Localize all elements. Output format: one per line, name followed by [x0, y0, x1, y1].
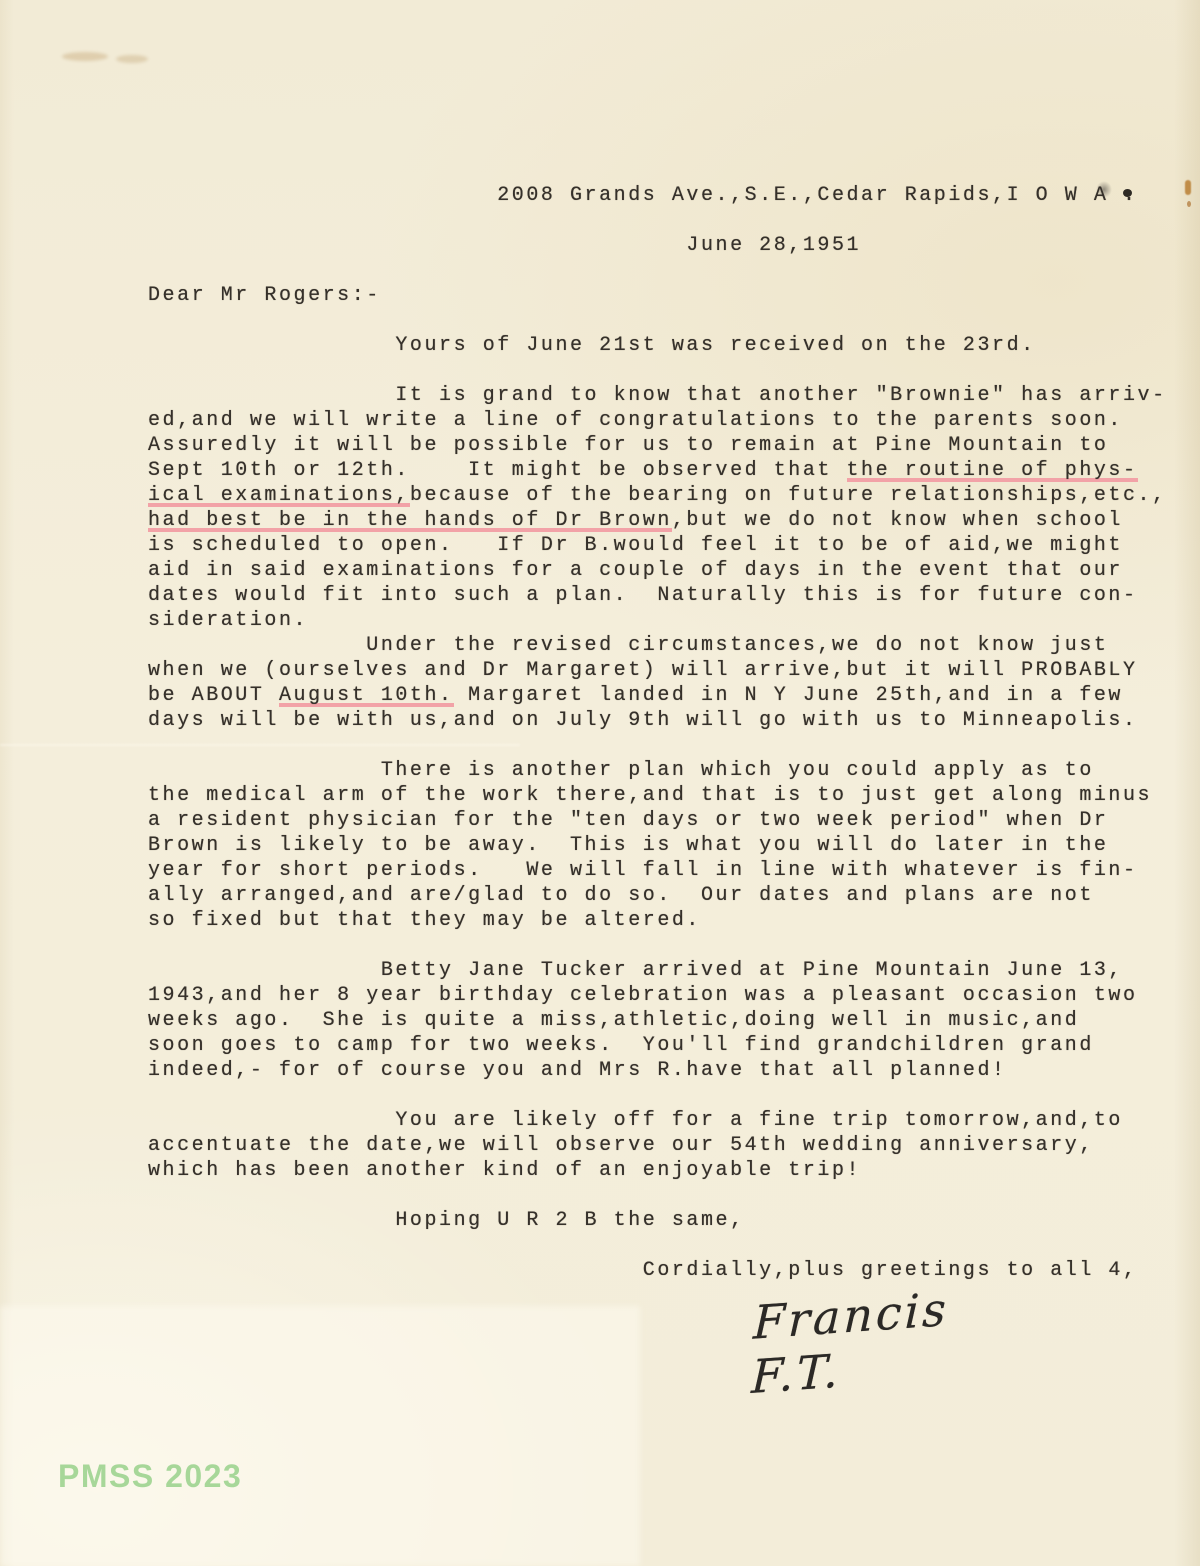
body-line: Yours of June 21st was received on the 2… [148, 333, 1200, 358]
body-line: a resident physician for the "ten days o… [148, 808, 1200, 833]
blank [148, 1233, 1200, 1258]
body-line: when we (ourselves and Dr Margaret) will… [148, 658, 1200, 683]
body-line: 1943,and her 8 year birthday celebration… [148, 983, 1200, 1008]
body-line: sideration. [148, 608, 1200, 633]
body-line: days will be with us,and on July 9th wil… [148, 708, 1200, 733]
date-line: June 28,1951 [148, 233, 1200, 258]
blank [148, 358, 1200, 383]
blank [148, 1183, 1200, 1208]
body-line: Under the revised circumstances,we do no… [148, 633, 1200, 658]
body-line: had best be in the hands of Dr Brown,but… [148, 508, 1200, 533]
body-line: ed,and we will write a line of congratul… [148, 408, 1200, 433]
body-line: Assuredly it will be possible for us to … [148, 433, 1200, 458]
body-line: weeks ago. She is quite a miss,athletic,… [148, 1008, 1200, 1033]
body-line: dates would fit into such a plan. Natura… [148, 583, 1200, 608]
body-line: year for short periods. We will fall in … [148, 858, 1200, 883]
body-line: There is another plan which you could ap… [148, 758, 1200, 783]
blank [148, 308, 1200, 333]
body-line: which has been another kind of an enjoya… [148, 1158, 1200, 1183]
body-line: Sept 10th or 12th. It might be observed … [148, 458, 1200, 483]
blank [148, 733, 1200, 758]
blank [148, 258, 1200, 283]
body-line: the medical arm of the work there,and th… [148, 783, 1200, 808]
return-address: 2008 Grands Ave.,S.E.,Cedar Rapids,I O W… [148, 183, 1200, 208]
scanned-letter-page: { "page": { "colors": { "paper": "#f4eed… [0, 0, 1200, 1566]
letter-lines: 2008 Grands Ave.,S.E.,Cedar Rapids,I O W… [0, 0, 1200, 1283]
blank [148, 1083, 1200, 1108]
paper-light-patch [0, 1306, 640, 1566]
body-line: ally arranged,and are/glad to do so. Our… [148, 883, 1200, 908]
salutation: Dear Mr Rogers:- [148, 283, 1200, 308]
body-line: Brown is likely to be away. This is what… [148, 833, 1200, 858]
body-line: be ABOUT August 10th. Margaret landed in… [148, 683, 1200, 708]
archive-watermark: PMSS 2023 [58, 1458, 242, 1495]
body-line: ical examinations,because of the bearing… [148, 483, 1200, 508]
body-line: Betty Jane Tucker arrived at Pine Mounta… [148, 958, 1200, 983]
body-line: soon goes to camp for two weeks. You'll … [148, 1033, 1200, 1058]
closing: Cordially,plus greetings to all 4, [148, 1258, 1200, 1283]
body-line: Hoping U R 2 B the same, [148, 1208, 1200, 1233]
body-line: so fixed but that they may be altered. [148, 908, 1200, 933]
body-line: It is grand to know that another "Browni… [148, 383, 1200, 408]
blank [148, 933, 1200, 958]
body-line: is scheduled to open. If Dr B.would feel… [148, 533, 1200, 558]
body-line: indeed,- for of course you and Mrs R.hav… [148, 1058, 1200, 1083]
body-line: aid in said examinations for a couple of… [148, 558, 1200, 583]
body-line: accentuate the date,we will observe our … [148, 1133, 1200, 1158]
body-line: You are likely off for a fine trip tomor… [148, 1108, 1200, 1133]
blank [148, 208, 1200, 233]
handwritten-signature: Francis F.T. [750, 1276, 1033, 1404]
